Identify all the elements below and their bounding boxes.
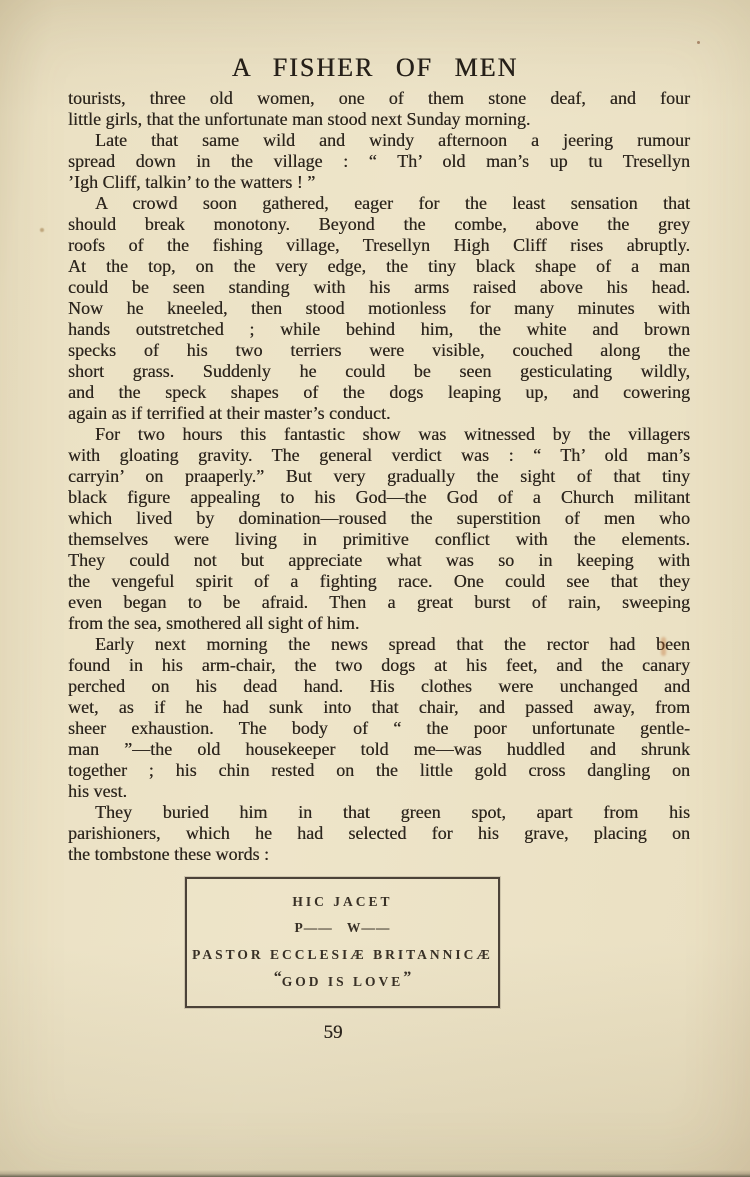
text-line: again as if terrified at their master’s … — [68, 403, 690, 424]
page-title: A FISHER OF MEN — [0, 53, 750, 83]
text-line: They buried him in that green spot, apar… — [68, 802, 690, 823]
text-line: which lived by domination—roused the sup… — [68, 508, 690, 529]
text-line: specks of his two terriers were visible,… — [68, 340, 690, 361]
text-line: should break monotony. Beyond the combe,… — [68, 214, 690, 235]
text-line: Late that same wild and windy afternoon … — [68, 130, 690, 151]
paper-speck — [697, 41, 700, 44]
text-line: from the sea, smothered all sight of him… — [68, 613, 690, 634]
text-line: even began to be afraid. Then a great bu… — [68, 592, 690, 613]
close-quote: ” — [403, 969, 411, 986]
text-line: parishioners, which he had selected for … — [68, 823, 690, 844]
text-line: with gloating gravity. The general verdi… — [68, 445, 690, 466]
text-line: Early next morning the news spread that … — [68, 634, 690, 655]
tombstone-line-god-is-love: “GOD IS LOVE” — [274, 973, 412, 991]
tombstone-line-hic-jacet: HIC JACET — [292, 894, 392, 910]
god-is-love-text: GOD IS LOVE — [282, 974, 404, 989]
text-line: hands outstretched ; while behind him, t… — [68, 319, 690, 340]
text-line: At the top, on the very edge, the tiny b… — [68, 256, 690, 277]
text-line: Now he kneeled, then stood motionless fo… — [68, 298, 690, 319]
tombstone-inscription-box: HIC JACET P—— W—— PASTOR ECCLESIÆ BRITAN… — [185, 877, 500, 1008]
text-line: wet, as if he had sunk into that chair, … — [68, 697, 690, 718]
text-line: perched on his dead hand. His clothes we… — [68, 676, 690, 697]
text-line: tourists, three old women, one of them s… — [68, 88, 690, 109]
text-line: carryin’ on praaperly.” But very gradual… — [68, 466, 690, 487]
text-line: A crowd soon gathered, eager for the lea… — [68, 193, 690, 214]
text-line: his vest. — [68, 781, 690, 802]
text-line: For two hours this fantastic show was wi… — [68, 424, 690, 445]
tombstone-line-pastor: PASTOR ECCLESIÆ BRITANNICÆ — [192, 947, 493, 963]
ink-smudge-artifact — [661, 637, 666, 656]
text-line: together ; his chin rested on the little… — [68, 760, 690, 781]
text-line: roofs of the fishing village, Tresellyn … — [68, 235, 690, 256]
text-line: man ”—the old housekeeper told me—was hu… — [68, 739, 690, 760]
open-quote: “ — [274, 969, 282, 986]
scanned-book-page: A FISHER OF MEN tourists, three old wome… — [0, 0, 750, 1177]
scan-bottom-edge — [0, 1170, 750, 1177]
body-text: tourists, three old women, one of them s… — [68, 88, 690, 865]
text-line: themselves were living in primitive conf… — [68, 529, 690, 550]
text-line: black figure appealing to his God—the Go… — [68, 487, 690, 508]
text-line: the tombstone these words : — [68, 844, 690, 865]
paper-speck — [40, 228, 44, 232]
text-line: and the speck shapes of the dogs leaping… — [68, 382, 690, 403]
text-line: spread down in the village : “ Th’ old m… — [68, 151, 690, 172]
text-line: ’Igh Cliff, talkin’ to the watters ! ” — [68, 172, 690, 193]
tombstone-line-initials: P—— W—— — [295, 920, 391, 936]
text-line: short grass. Suddenly he could be seen g… — [68, 361, 690, 382]
page-number: 59 — [68, 1022, 598, 1044]
text-line: little girls, that the unfortunate man s… — [68, 109, 690, 130]
text-line: found in his arm-chair, the two dogs at … — [68, 655, 690, 676]
text-line: could be seen standing with his arms rai… — [68, 277, 690, 298]
text-line: They could not but appreciate what was s… — [68, 550, 690, 571]
text-line: the vengeful spirit of a fighting race. … — [68, 571, 690, 592]
text-line: sheer exhaustion. The body of “ the poor… — [68, 718, 690, 739]
